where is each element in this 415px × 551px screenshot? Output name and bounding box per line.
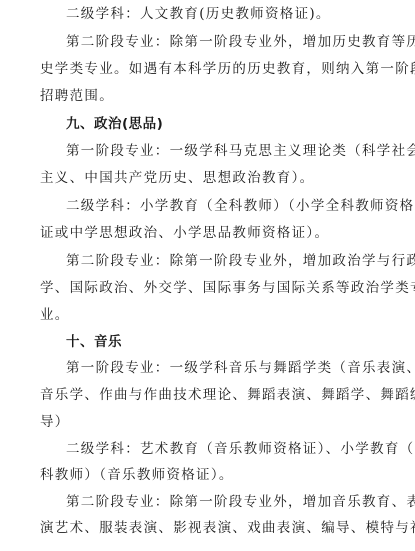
text-line: 二级学科：小学教育（全科教师）（小学全科教师资格 — [66, 198, 370, 214]
document-page: 二级学科：人文教育(历史教师资格证)。 第二阶段专业：除第一阶段专业外，增加历史… — [0, 0, 415, 551]
text-line: 导） — [40, 414, 370, 430]
text-line: 业。 — [40, 307, 370, 323]
text-line: 演艺术、服装表演、影视表演、戏曲表演、编导、模特与礼 — [40, 520, 370, 536]
text-line: 科教师）（音乐教师资格证）。 — [40, 467, 370, 483]
text-line: 第二阶段专业：除第一阶段专业外，增加音乐教育、表 — [66, 494, 370, 510]
text-line: 学、国际政治、外交学、国际事务与国际关系等政治学类专 — [40, 280, 370, 296]
text-line: 主义、中国共产党历史、思想政治教育）。 — [40, 170, 370, 186]
text-line: 二级学科：艺术教育（音乐教师资格证）、小学教育（全 — [66, 441, 370, 457]
text-line: 音乐学、作曲与作曲技术理论、舞蹈表演、舞蹈学、舞蹈编 — [40, 387, 370, 403]
text-line: 第一阶段专业：一级学科马克思主义理论类（科学社会 — [66, 143, 370, 159]
text-line: 证或中学思想政治、小学思品教师资格证）。 — [40, 225, 370, 241]
text-line: 第一阶段专业：一级学科音乐与舞蹈学类（音乐表演、 — [66, 360, 370, 376]
section-heading-politics: 九、政治(思品) — [66, 116, 370, 132]
text-line: 二级学科：人文教育(历史教师资格证)。 — [66, 6, 370, 22]
section-heading-music: 十、音乐 — [66, 334, 370, 350]
text-line: 史学类专业。如遇有本科学历的历史教育，则纳入第一阶段 — [40, 61, 370, 77]
text-line: 第二阶段专业：除第一阶段专业外，增加政治学与行政 — [66, 253, 370, 269]
text-line: 第二阶段专业：除第一阶段专业外，增加历史教育等历 — [66, 34, 370, 50]
text-line: 招聘范围。 — [40, 88, 370, 104]
